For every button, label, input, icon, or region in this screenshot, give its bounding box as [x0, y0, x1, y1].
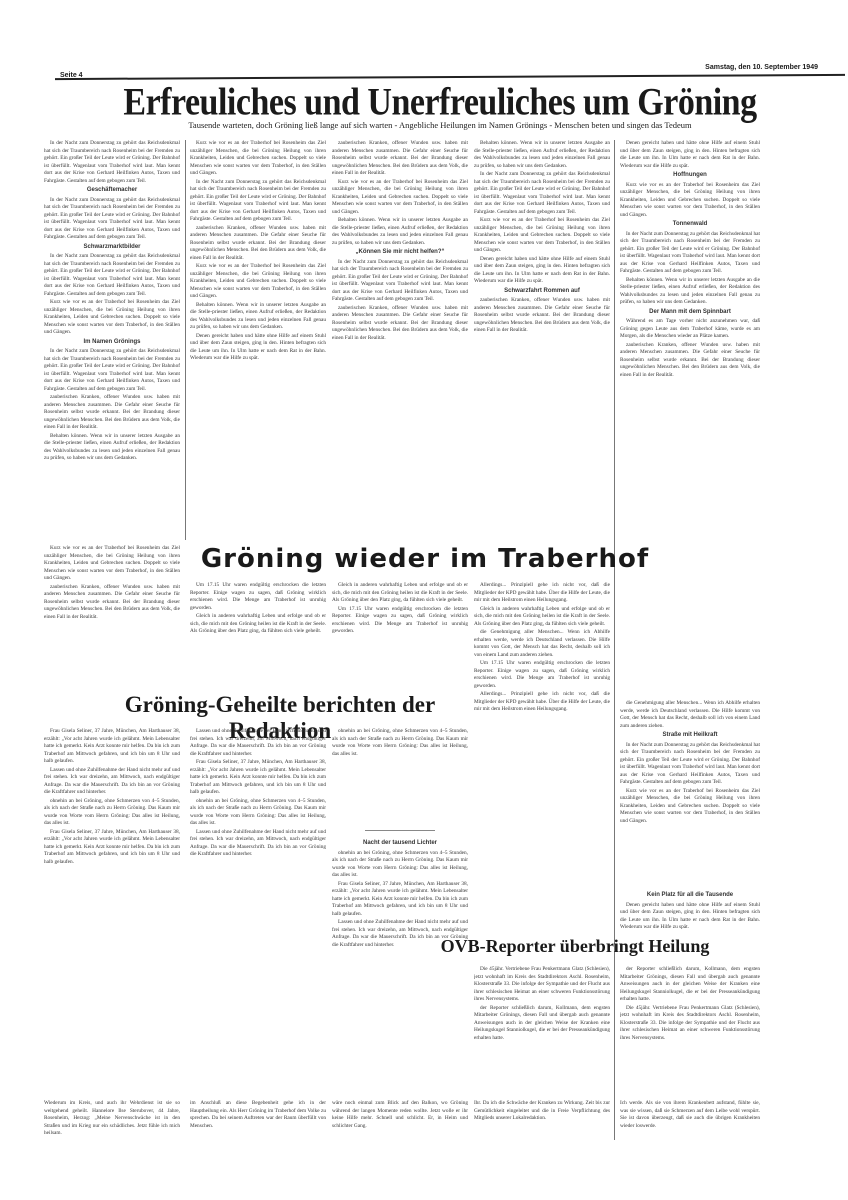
section-divider [365, 830, 435, 831]
right-col-lower: die Genehmigung aller Menschen... Wenn i… [620, 700, 760, 920]
traberhof-col2: Gleich in anderen wahrhaftig Leben und e… [332, 582, 468, 687]
column-divider [614, 140, 615, 1140]
traberhof-headline: Gröning wieder im Traberhof [150, 544, 700, 574]
subhead: Hoffnungen [620, 172, 760, 180]
footer-col1: Wiederum im Kreis, und auch ihr Wehrdien… [44, 1100, 180, 1150]
subhead: Der Mann mit dem Spinnbart [620, 309, 760, 317]
main-article-col3: zauberischen Kranken, offener Wunden usw… [332, 140, 468, 530]
main-subheadline: Tausende warteten, doch Gröning ließ lan… [40, 120, 840, 130]
main-article-col5: Denen gereicht haben und hätte ohne Hilf… [620, 140, 760, 700]
geheilte-col1: Frau Gisela Seliner, 37 Jahre, München, … [44, 728, 180, 1098]
main-article-col1: In der Nacht zum Donnerstag zu gehört da… [44, 140, 180, 540]
subhead: Nacht der tausend Lichter [332, 840, 468, 848]
geheilte-col2: Lassen und ohne Zuhilfenahme der Hand ni… [190, 728, 326, 1098]
main-article-col2: Kurz wie vor es an der Traberhof bei Ros… [190, 140, 326, 530]
subhead: Im Namen Grönings [44, 339, 180, 347]
footer-col2: im Anschluß an diese Begebenheit gehe ic… [190, 1100, 326, 1150]
ovb-headline: OVB-Reporter überbringt Heilung [440, 936, 710, 957]
column-divider [185, 140, 186, 540]
masthead-rule [55, 74, 845, 80]
footer-col3: wäre noch einmal zum Blick auf den Balko… [332, 1100, 468, 1150]
footer-col5: Ich werde. Als sie von ihrem Krankenbett… [620, 1100, 760, 1150]
geheilte-col3: ohnehin an bei Gröning, ohne Schmerzen v… [332, 728, 468, 808]
kein-platz: Kein Platz für all die Tausende Denen ge… [620, 890, 760, 935]
subhead: „Können Sie mir nicht helfen?“ [332, 249, 468, 257]
subhead: Kein Platz für all die Tausende [620, 892, 760, 900]
footer-col4: Ihr. Da ich die Schwäche der Kranken zu … [474, 1100, 610, 1150]
subhead: Tonnenwald [620, 221, 760, 229]
ovb-col2: der Reporter schließlich darum, Kollmann… [620, 966, 760, 1101]
issue-date: Samstag, den 10. September 1949 [705, 64, 818, 71]
main-headline: Erfreuliches und Unerfreuliches um Gröni… [50, 81, 830, 125]
traberhof-col3: Allerdings... Prinzipiell gehe ich nicht… [474, 582, 610, 922]
subhead: Geschäftemacher [44, 187, 180, 195]
subhead: Schwarzfahrt Rommen auf [474, 288, 610, 296]
main-article-col1-cont: Kurz wie vor es an der Traberhof bei Ros… [44, 545, 180, 685]
subhead: Schwarzmarktbilder [44, 244, 180, 252]
ovb-col1: Die 45jähr. Vertriebene Frau Penkertmann… [474, 966, 610, 1101]
nacht-col: Nacht der tausend Lichter ohnehin an bei… [332, 838, 468, 1098]
subhead: Straße mit Heilkraft [620, 732, 760, 740]
main-article-col4: Behalten können. Wenn wir in unserer let… [474, 140, 610, 530]
traberhof-col1: Um 17.15 Uhr waren endgültig erschrocken… [190, 582, 326, 687]
